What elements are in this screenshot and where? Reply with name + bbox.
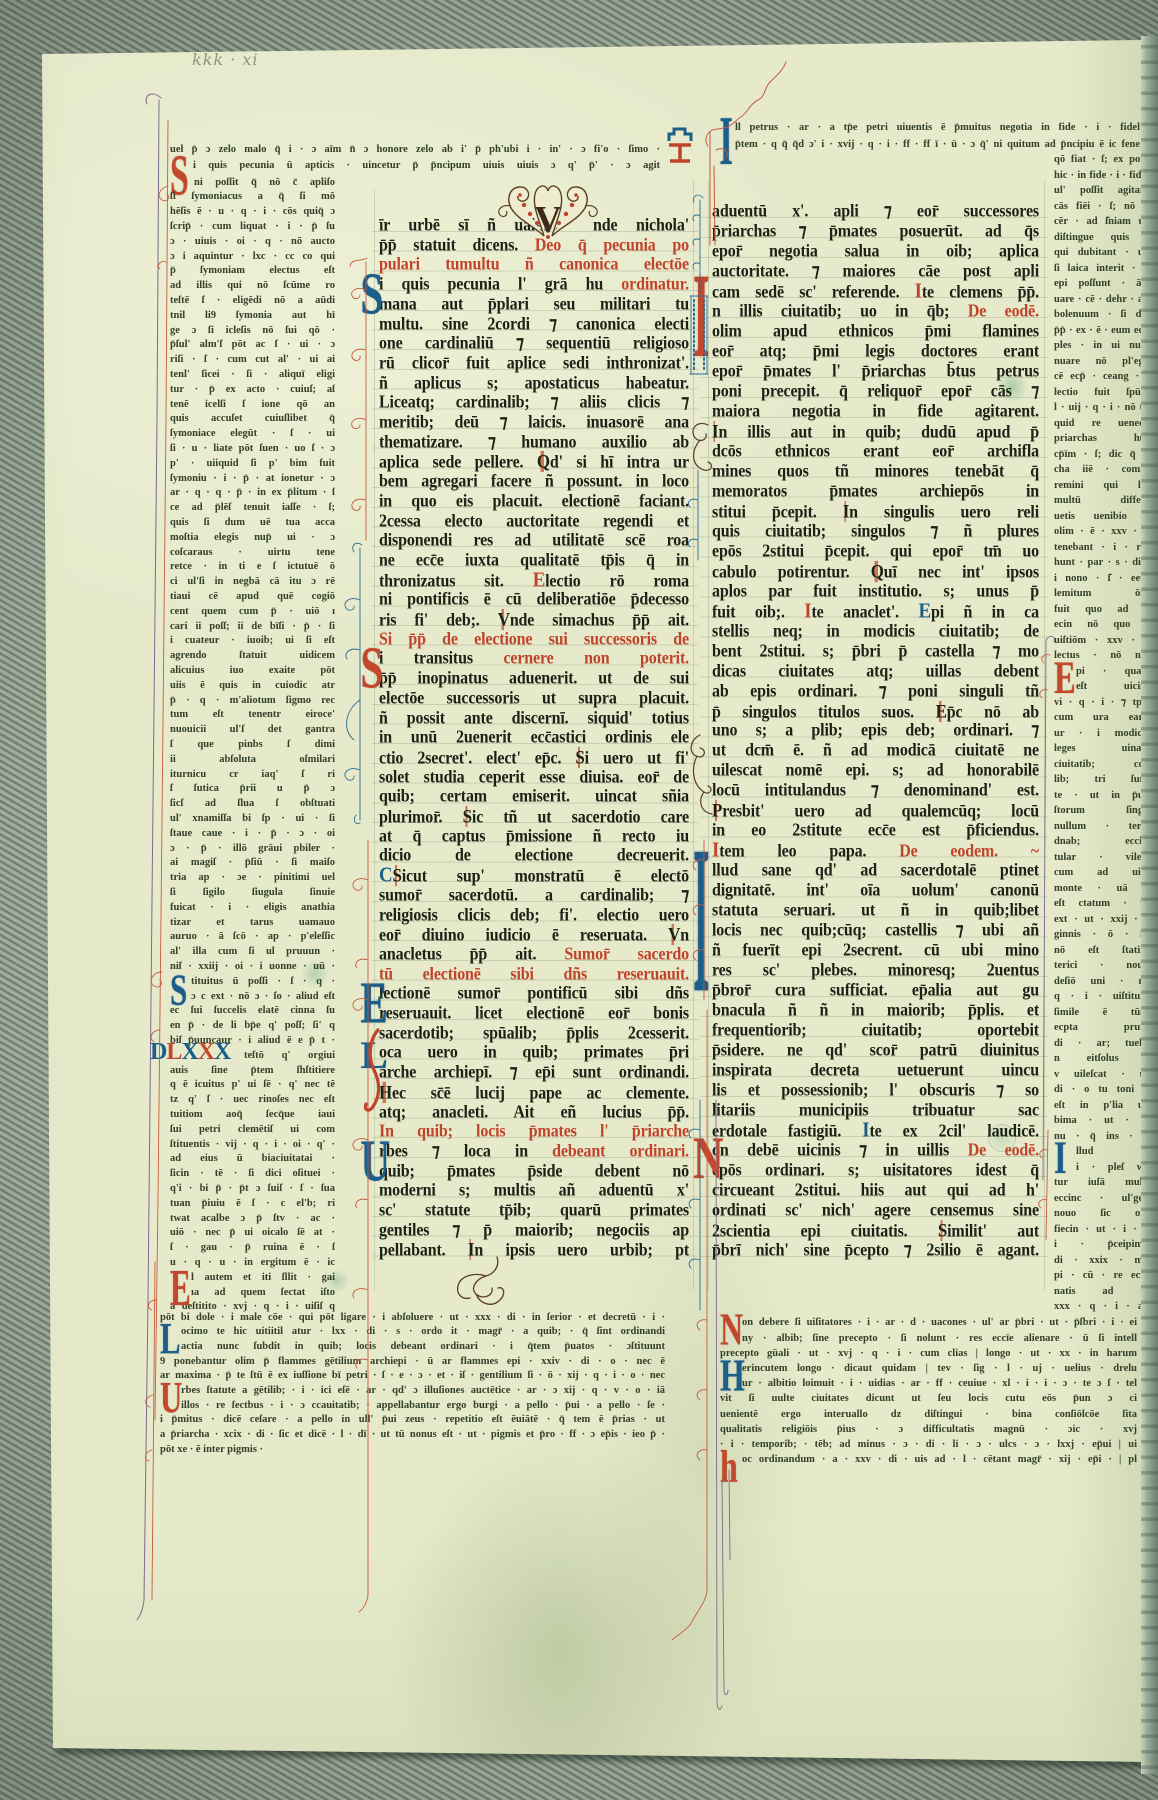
manuscript-folio: kkk · xi uel p̄ ɔ zelo malo q̄ i · ɔ aīm… [0,0,1158,1800]
pen-flourishes: V [0,0,1158,1800]
left-margin-purple-flourish [137,94,161,1620]
decorated-initial-v: V [499,186,598,241]
top-right-red-filigree [706,62,786,245]
column-a-red-filigree [350,258,368,1612]
adjacent-page-edge [1141,36,1158,1774]
column-a-blue-filigree [345,543,362,823]
column-a-brown-scroll [458,1257,504,1304]
column-a-red-flourish-letter [365,1030,378,1110]
manuscript-viewer: kkk · xi uel p̄ ɔ zelo malo q̄ i · ɔ aīm… [0,0,1158,1800]
column-b-red-filigree [672,840,707,1640]
column-b-blue-pearls [694,300,704,370]
initial-v-letter: V [534,199,562,241]
column-b-blue-filigree [688,195,708,1310]
lower-purple-flourish [716,1100,730,1709]
column-b-brown-scroll [691,423,712,814]
gloss-right-purple-flourish [1043,636,1054,1180]
